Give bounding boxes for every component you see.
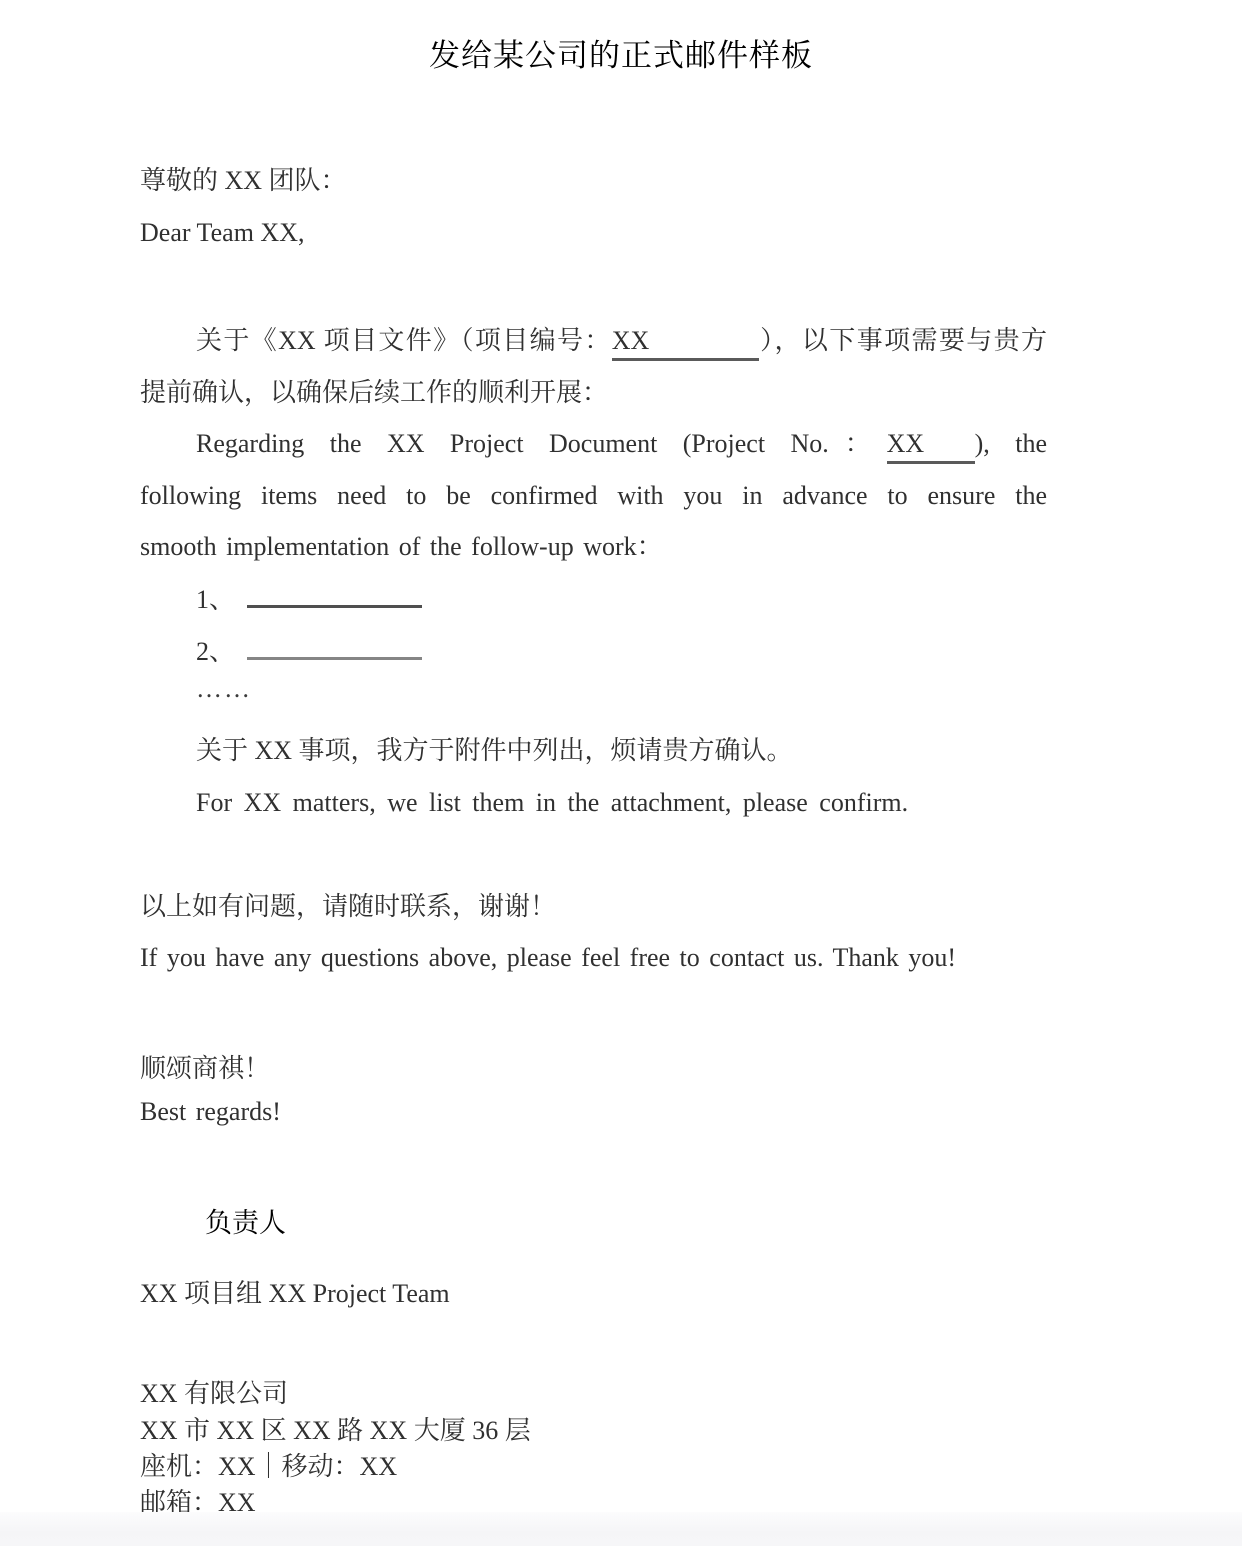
list-ellipsis: ……: [196, 672, 252, 706]
signature-address: XX 市 XX 区 XX 路 XX 大厦 36 层: [140, 1414, 531, 1448]
list-item-1: 1、: [196, 582, 422, 617]
signature-company: XX 有限公司: [140, 1377, 288, 1411]
paragraph3-zh: 关于 XX 事项，我方于附件中列出，烦请贵方确认。: [196, 734, 793, 768]
paragraph1-line1: 关于《XX 项目文件》（项目编号：XX），以下事项需要与贵方: [196, 324, 1047, 361]
list-item-2-blank-line: [247, 634, 422, 660]
signature-team: XX 项目组 XX Project Team: [140, 1277, 450, 1311]
document-title: 发给某公司的正式邮件样板: [0, 36, 1242, 76]
paragraph2-line1-prefix: Regarding the XX Project Document (Proje…: [196, 429, 887, 458]
paragraph2-line1-suffix: ), the: [975, 429, 1047, 458]
closing-question-en: If you have any questions above, please …: [140, 941, 956, 975]
paragraph1-line2: 提前确认，以确保后续工作的顺利开展：: [140, 376, 608, 410]
greeting-zh: 尊敬的 XX 团队：: [140, 164, 347, 198]
closing-question-zh: 以上如有问题，请随时联系，谢谢！: [140, 890, 556, 924]
paragraph2-line2: following items need to be confirmed wit…: [140, 479, 1047, 513]
list-item-1-blank-line: [247, 582, 422, 608]
paragraph2-line3: smooth implementation of the follow-up w…: [140, 530, 663, 564]
document-page: 发给某公司的正式邮件样板 尊敬的 XX 团队： Dear Team XX, 关于…: [0, 0, 1242, 1546]
closing-regards-en: Best regards!: [140, 1095, 281, 1129]
paragraph1-line1-suffix: ），以下事项需要与贵方: [759, 326, 1047, 355]
paragraph1-line1-prefix: 关于《XX 项目文件》（项目编号：: [196, 326, 612, 355]
signature-responsible-label: 负责人: [205, 1205, 286, 1241]
list-item-1-number: 1、: [196, 585, 235, 614]
project-number-blank-zh: XX: [612, 324, 759, 361]
list-item-2-number: 2、: [196, 637, 235, 666]
paragraph3-en: For XX matters, we list them in the atta…: [196, 786, 908, 820]
project-number-blank-en: XX: [887, 427, 975, 464]
list-item-2: 2、: [196, 634, 422, 669]
signature-phone: 座机：XX｜移动：XX: [140, 1450, 397, 1484]
greeting-en: Dear Team XX,: [140, 216, 304, 250]
paragraph2-line1: Regarding the XX Project Document (Proje…: [196, 427, 1047, 464]
page-bottom-strip: [0, 1512, 1242, 1546]
closing-regards-zh: 顺颂商祺！: [140, 1052, 270, 1086]
